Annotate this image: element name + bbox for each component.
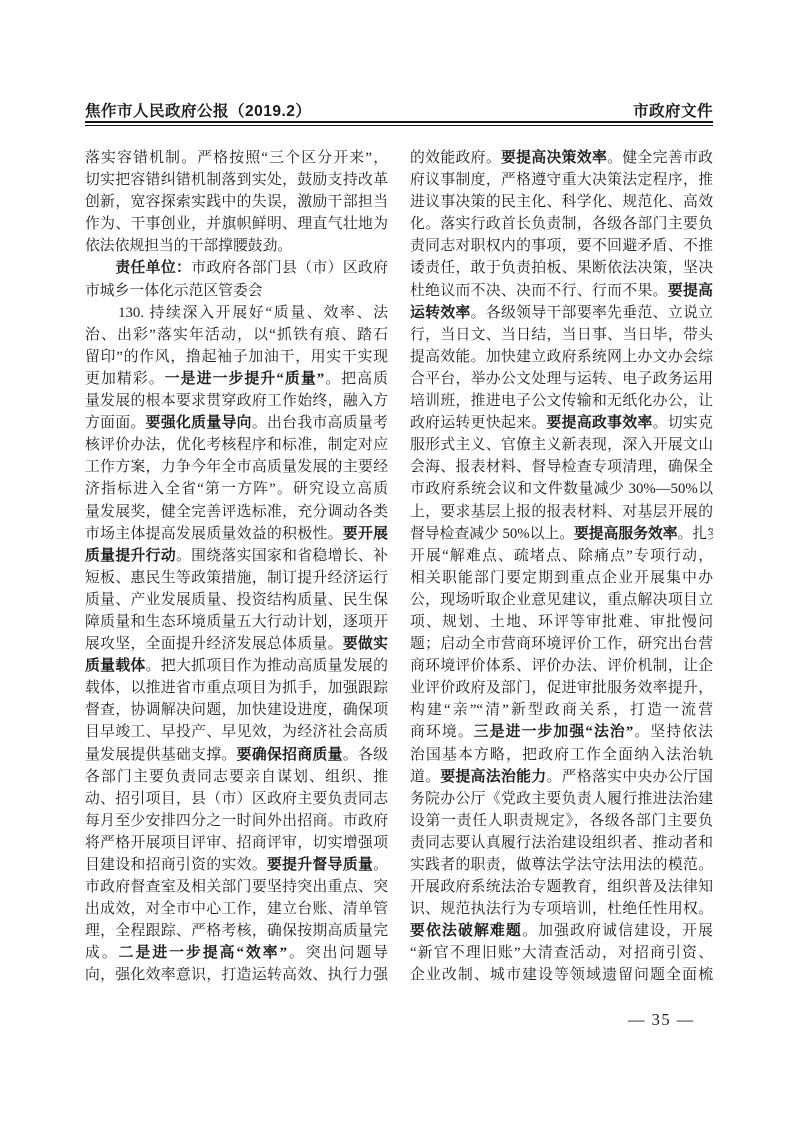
text-line: 质量载体。把大抓项目作为推动高质量发展的 <box>85 655 388 677</box>
text-line: 出成效，对全市中心工作，建立台账、清单管 <box>85 898 388 920</box>
text-line: 政府运转更快起来。要提高政事效率。切实克 <box>410 412 713 434</box>
text-line: 上，要求基层上报的报表材料、对基层开展的 <box>410 501 713 523</box>
text-line: “新官不理旧账”大清查活动，对招商引资、 <box>410 942 713 964</box>
text-line: 项、规划、土地、环评等审批难、审批慢问 <box>410 611 713 633</box>
text-line: 量发展奖，健全完善评选标准，充分调动各类 <box>85 501 388 523</box>
text-line: 济指标进入全省“第一方阵”。研究设立高质 <box>85 478 388 500</box>
text-line: 企业改制、城市建设等领域遗留问题全面梳 <box>410 964 713 986</box>
gazette-title: 焦作市人民政府公报（2019.2） <box>85 99 311 121</box>
text-line: 服形式主义、官僚主义新表现，深入开展文山 <box>410 434 713 456</box>
text-line: 开展政府系统法治专题教育，组织普及法律知 <box>410 876 713 898</box>
text-line: 障质量和生态环境质量五大行动计划，逐项开 <box>85 611 388 633</box>
text-line: 责任单位：市政府各部门县（市）区政府 <box>85 257 388 279</box>
text-line: 要依法破解难题。加强政府诚信建设，开展 <box>410 920 713 942</box>
text-line: 杜绝议而不决、决而不行、行而不果。要提高 <box>410 280 713 302</box>
text-line: 题；启动全市营商环境评价工作，研究出台营 <box>410 633 713 655</box>
text-line: 更加精彩。一是进一步提升“质量”。把高质 <box>85 368 388 390</box>
text-line: 构建“亲”“清”新型政商关系，打造一流营 <box>410 699 713 721</box>
document-body: 落实容错机制。严格按照“三个区分开来”，切实把容错纠错机制落到实处，鼓励支持改革… <box>85 147 713 987</box>
text-line: 短板、惠民生等政策措施，制订提升经济运行 <box>85 567 388 589</box>
text-line: 落实容错机制。严格按照“三个区分开来”， <box>85 147 388 169</box>
text-line: 作为、干事创业，并旗帜鲜明、理直气壮地为 <box>85 213 388 235</box>
text-line: 依法依规担当的干部撑腰鼓劲。 <box>85 235 388 257</box>
text-line: 留印”的作风，撸起袖子加油干，用实干实现 <box>85 346 388 368</box>
text-line: 市城乡一体化示范区管委会 <box>85 280 388 302</box>
section-label: 市政府文件 <box>633 99 713 121</box>
text-line: 展攻坚，全面提升经济发展总体质量。要做实 <box>85 633 388 655</box>
text-line: 量发展提供基础支撑。要确保招商质量。各级 <box>85 744 388 766</box>
text-line: 进议事决策的民主化、科学化、规范化、高效 <box>410 191 713 213</box>
text-line: 质量、产业发展质量、投资结构质量、民生保 <box>85 589 388 611</box>
text-line: 道。要提高法治能力。严格落实中央办公厅国 <box>410 766 713 788</box>
text-line: 开展“解难点、疏堵点、除痛点”专项行动， <box>410 545 713 567</box>
text-line: 工作方案，力争今年全市高质量发展的主要经 <box>85 456 388 478</box>
text-line: 府议事制度，严格遵守重大决策法定程序，推 <box>410 169 713 191</box>
text-line: 商环境。三是进一步加强“法治”。坚持依法 <box>410 721 713 743</box>
text-line: 合平台，举办公文处理与运转、电子政务运用 <box>410 368 713 390</box>
text-line: 目建设和招商引资的实效。要提升督导质量。 <box>85 854 388 876</box>
right-column: 的效能政府。要提高决策效率。健全完善市政府议事制度，严格遵守重大决策法定程序，推… <box>410 147 713 987</box>
text-line: 130. 持续深入开展好“质量、效率、法 <box>85 302 388 324</box>
header-divider-rule <box>85 121 713 126</box>
text-line: 督导检查减少 50%以上。要提高服务效率。扎实 <box>410 523 713 545</box>
text-line: 理，全程跟踪、严格考核，确保按期高质量完 <box>85 920 388 942</box>
text-line: 治、出彩”落实年活动，以“抓铁有痕、踏石 <box>85 324 388 346</box>
gazette-page: 焦作市人民政府公报（2019.2） 市政府文件 落实容错机制。严格按照“三个区分… <box>0 0 793 1122</box>
text-line: 实践者的职责，做尊法学法守法用法的模范。 <box>410 854 713 876</box>
text-line: 识、规范执法行为专项培训，杜绝任性用权。 <box>410 898 713 920</box>
text-line: 责同志对职权内的事项，要不回避矛盾、不推 <box>410 235 713 257</box>
text-line: 各部门主要负责同志要亲自谋划、组织、推 <box>85 766 388 788</box>
text-line: 运转效率。各级领导干部要率先垂范、立说立 <box>410 302 713 324</box>
text-line: 市场主体提高发展质量效益的积极性。要开展 <box>85 523 388 545</box>
left-column: 落实容错机制。严格按照“三个区分开来”，切实把容错纠错机制落到实处，鼓励支持改革… <box>85 147 388 987</box>
text-line: 创新，宽容探索实践中的失误，激励干部担当 <box>85 191 388 213</box>
text-line: 诿责任，敢于负责拍板、果断依法决策，坚决 <box>410 257 713 279</box>
text-line: 相关职能部门要定期到重点企业开展集中办 <box>410 567 713 589</box>
text-line: 督查，协调解决问题，加快建设进度，确保项 <box>85 699 388 721</box>
text-line: 每月至少安排四分之一时间外出招商。市政府 <box>85 810 388 832</box>
text-line: 的效能政府。要提高决策效率。健全完善市政 <box>410 147 713 169</box>
text-line: 行，当日文、当日结，当日事、当日毕，带头 <box>410 324 713 346</box>
text-line: 责同志要认真履行法治建设组织者、推动者和 <box>410 832 713 854</box>
text-line: 务院办公厅《党政主要负责人履行推进法治建 <box>410 788 713 810</box>
text-line: 公，现场听取企业意见建议，重点解决项目立 <box>410 589 713 611</box>
text-line: 成。二是进一步提高“效率”。突出问题导 <box>85 942 388 964</box>
text-line: 方面面。要强化质量导向。出台我市高质量考 <box>85 412 388 434</box>
page-header: 焦作市人民政府公报（2019.2） 市政府文件 <box>85 99 713 121</box>
text-line: 会海、报表材料、督导检查专项清理，确保全 <box>410 456 713 478</box>
text-line: 质量提升行动。围绕落实国家和省稳增长、补 <box>85 545 388 567</box>
text-line: 市政府督查室及相关部门要坚持突出重点、突 <box>85 876 388 898</box>
page-number: — 35 — <box>628 1010 695 1030</box>
text-line: 切实把容错纠错机制落到实处，鼓励支持改革 <box>85 169 388 191</box>
text-line: 载体，以推进省市重点项目为抓手，加强跟踪 <box>85 677 388 699</box>
text-line: 商环境评价体系、评价办法、评价机制，让企 <box>410 655 713 677</box>
text-line: 向，强化效率意识，打造运转高效、执行力强 <box>85 964 388 986</box>
text-line: 设第一责任人职责规定》，各级各部门主要负 <box>410 810 713 832</box>
text-line: 核评价办法，优化考核程序和标准，制定对应 <box>85 434 388 456</box>
text-line: 化。落实行政首长负责制，各级各部门主要负 <box>410 213 713 235</box>
text-line: 市政府系统会议和文件数量减少 30%—50%以 <box>410 478 713 500</box>
text-line: 治国基本方略，把政府工作全面纳入法治轨 <box>410 744 713 766</box>
text-line: 培训班，推进电子公文传输和无纸化办公，让 <box>410 390 713 412</box>
text-line: 提高效能。加快建立政府系统网上办文办会综 <box>410 346 713 368</box>
text-line: 将严格开展项目评审、招商评审，切实增强项 <box>85 832 388 854</box>
text-line: 目早竣工、早投产、早见效，为经济社会高质 <box>85 721 388 743</box>
text-line: 量发展的根本要求贯穿政府工作始终，融入方 <box>85 390 388 412</box>
text-line: 业评价政府及部门，促进审批服务效率提升， <box>410 677 713 699</box>
text-line: 动、招引项目，县（市）区政府主要负责同志 <box>85 788 388 810</box>
